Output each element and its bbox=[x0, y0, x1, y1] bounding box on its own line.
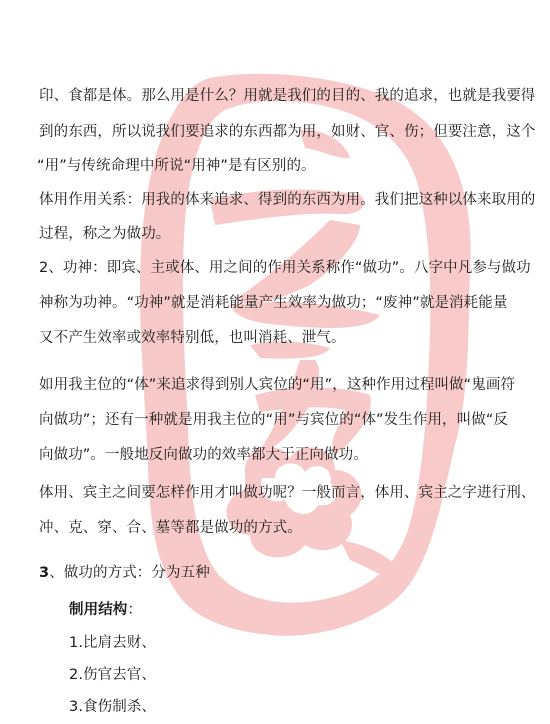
paragraph-2-line-2: 过程，称之为做功。 bbox=[39, 224, 170, 244]
section-3-heading: 3、做功的方式：分为五种 bbox=[39, 563, 210, 583]
subheading-restraint-structure: 制用结构： bbox=[69, 600, 142, 620]
list-item-2: 2.伤官去官、 bbox=[69, 665, 156, 685]
list-item-1: 1.比肩去财、 bbox=[69, 633, 156, 653]
subheading-text: 制用结构 bbox=[69, 602, 127, 618]
subheading-colon: ： bbox=[127, 602, 142, 618]
section-3-title: 、做功的方式：分为五种 bbox=[49, 565, 210, 581]
paragraph-1-line-1: 印、食都是体。那么用是什么？用就是我们的目的、我的追求，也就是我要得 bbox=[39, 86, 535, 106]
paragraph-5-line-1: 体用、宾主之间要怎样作用才叫做功呢？一般而言，体用、宾主之字进行刑、 bbox=[39, 483, 535, 503]
paragraph-3-line-1: 2、功神：即宾、主或体、用之间的作用关系称作“做功”。八字中凡参与做功 bbox=[39, 258, 531, 278]
paragraph-2-line-1: 体用作用关系：用我的体来追求、得到的东西为用。我们把这种以体来取用的 bbox=[39, 190, 535, 210]
paragraph-4-line-3: 向做功”。一般地反向做功的效率都大于正向做功。 bbox=[39, 445, 368, 465]
list-item-3: 3.食伤制杀、 bbox=[69, 697, 156, 717]
paragraph-1-line-2: 到的东西，所以说我们要追求的东西都为用，如财、官、伤；但要注意，这个 bbox=[39, 122, 535, 142]
paragraph-4-line-1: 如用我主位的“体”来追求得到别人宾位的“用”，这种作用过程叫做“鬼画符 bbox=[39, 375, 515, 395]
paragraph-1-line-3: “用”与传统命理中所说“用神”是有区别的。 bbox=[37, 156, 316, 176]
paragraph-3-line-2: 神称为功神。“功神”就是消耗能量产生效率为做功；“废神”就是消耗能量 bbox=[39, 293, 507, 313]
section-3-number: 3 bbox=[39, 565, 49, 581]
paragraph-3-line-3: 又不产生效率或效率特别低，也叫消耗、泄气。 bbox=[39, 328, 346, 348]
paragraph-5-line-2: 冲、克、穿、合、墓等都是做功的方式。 bbox=[39, 518, 302, 538]
paragraph-4-line-2: 向做功”；还有一种就是用我主位的“用”与宾位的“体”发生作用，叫做“反 bbox=[39, 410, 508, 430]
